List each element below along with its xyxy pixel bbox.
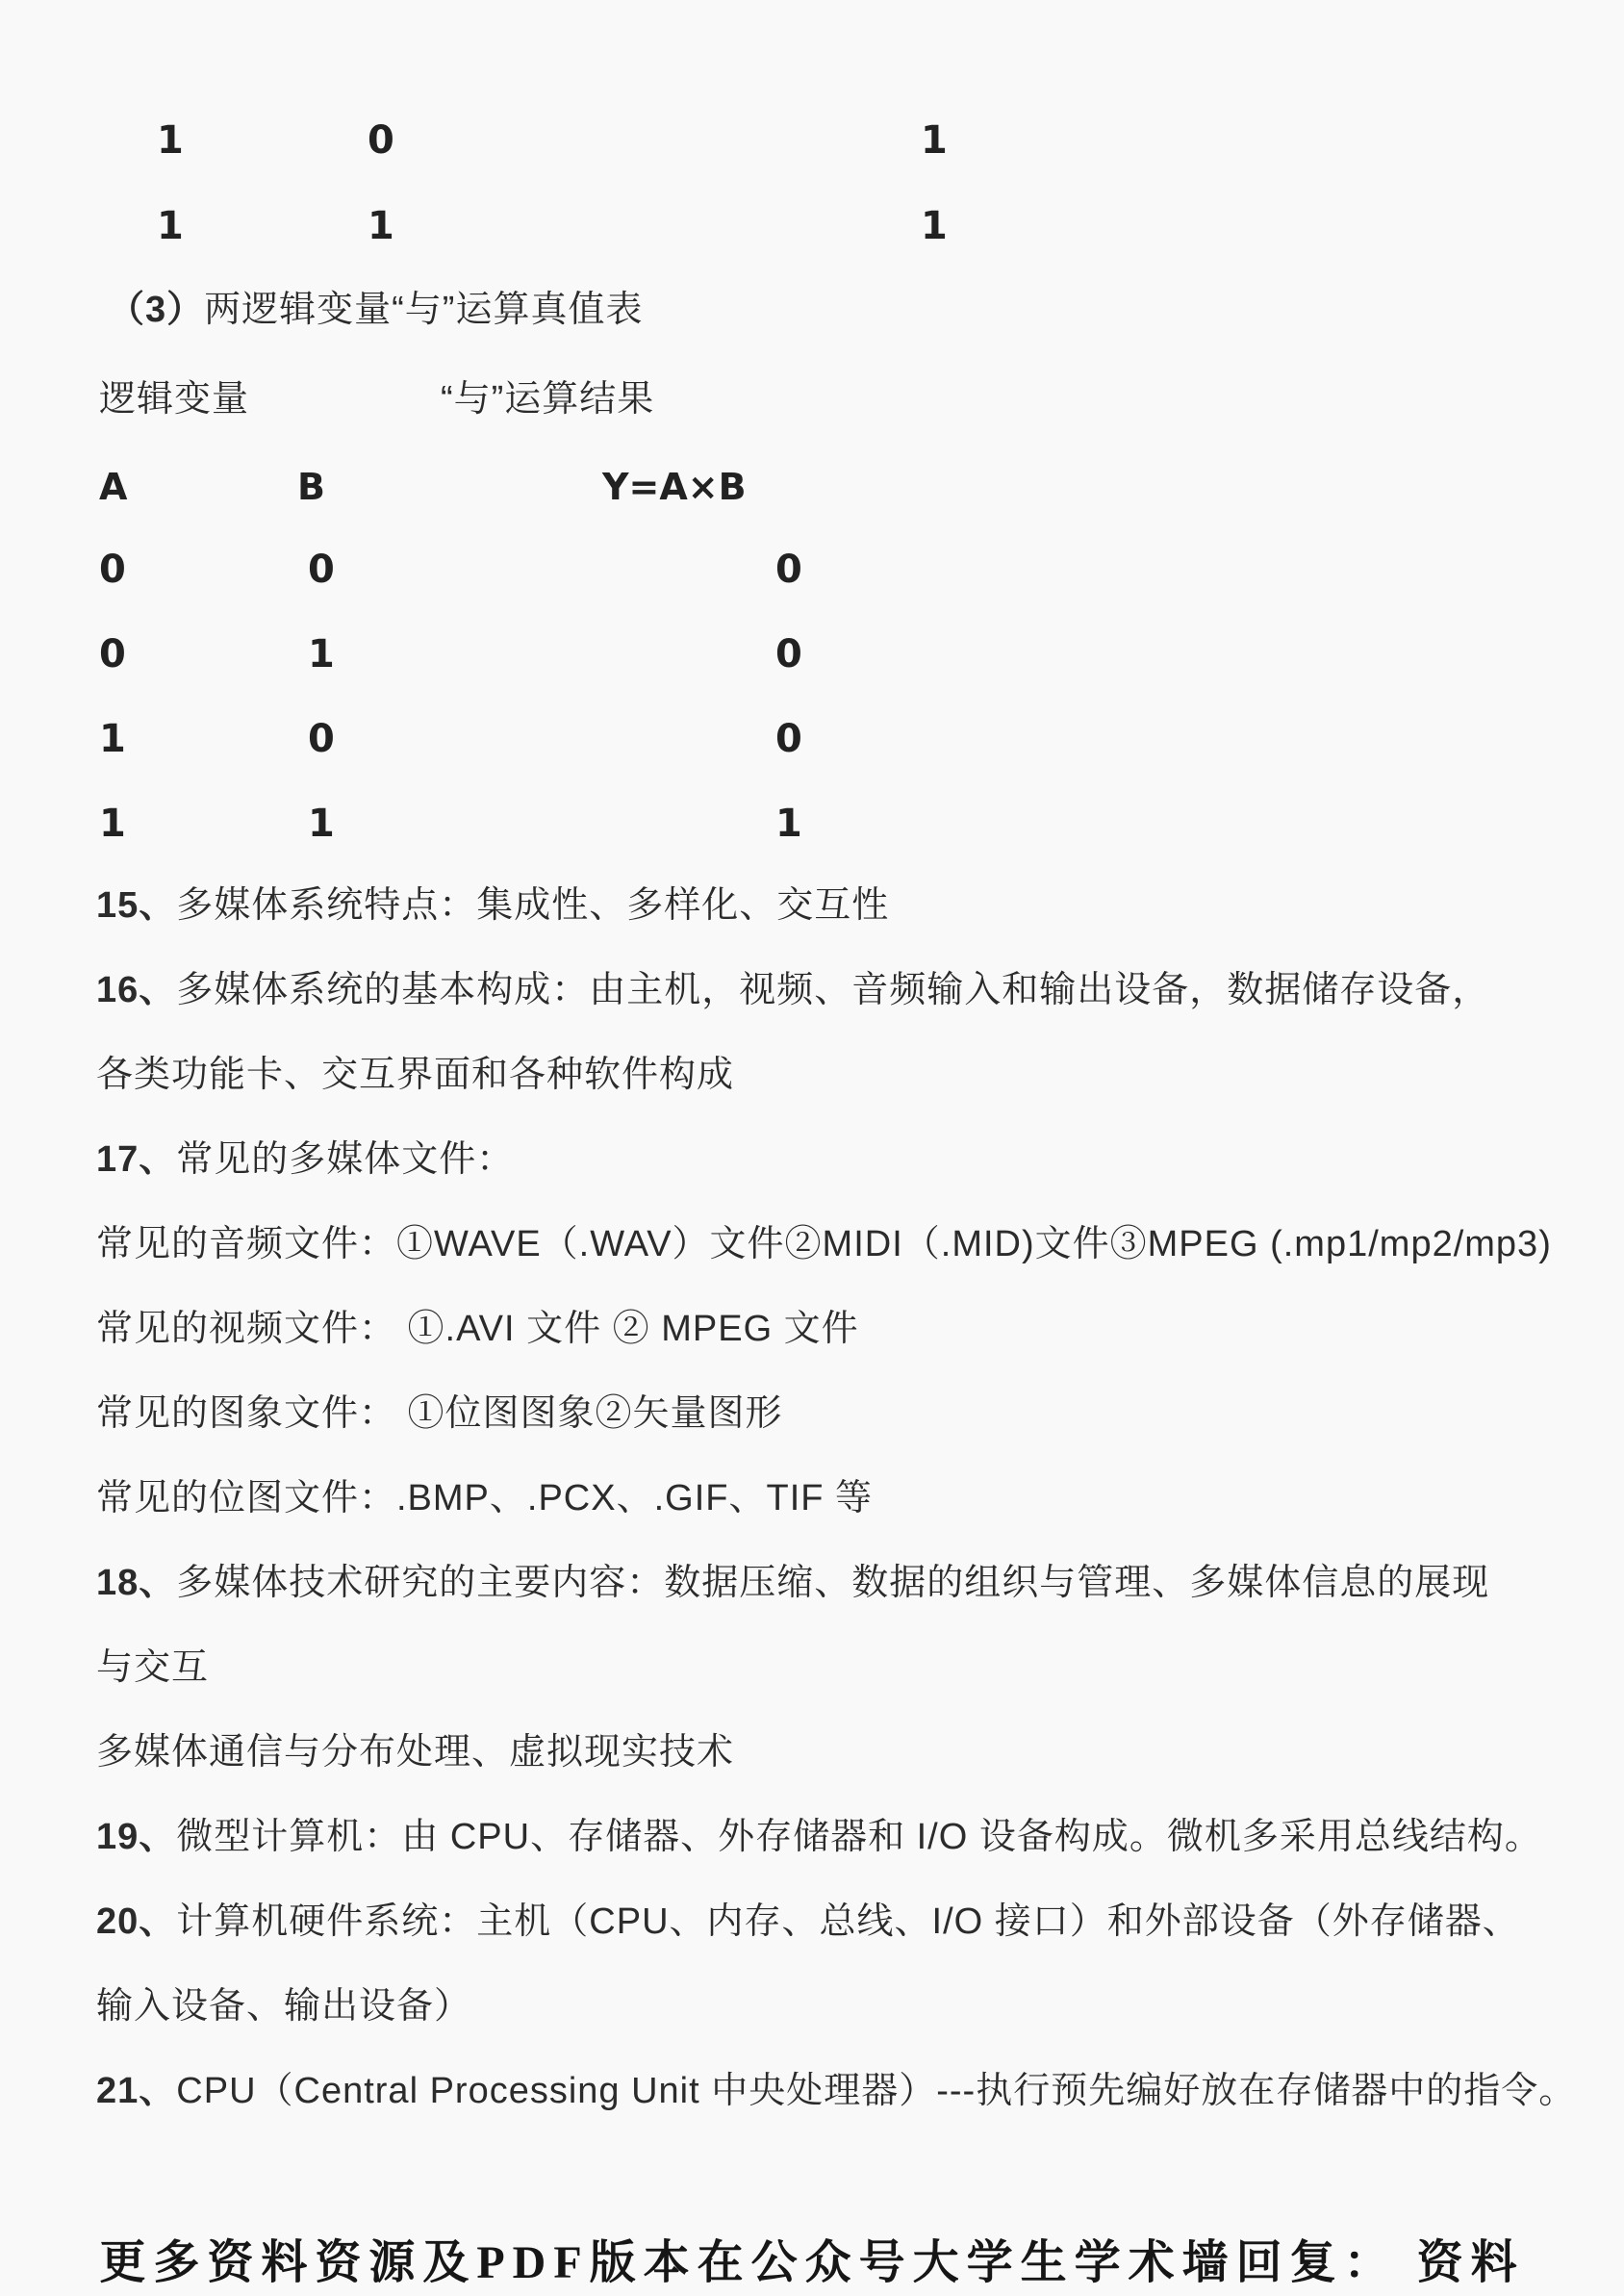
note-line-bitmap-files: 常见的位图文件：.BMP、.PCX、.GIF、TIF 等 (96, 1480, 873, 1517)
and-table-cell: 1 (308, 804, 335, 843)
note-line-20-cont: 输入设备、输出设备） (96, 1988, 471, 2025)
note-number: 18、 (96, 1563, 176, 1603)
col-header-b: B (297, 469, 325, 505)
note-text: 微型计算机：由 CPU、存储器、外存储器和 I/O 设备构成。微机多采用总线结构… (176, 1817, 1542, 1857)
note-line-21: 21、CPU（Central Processing Unit 中央处理器）---… (96, 2073, 1576, 2109)
document-page: 1 0 1 1 1 1 （3）两逻辑变量“与”运算真值表 逻辑变量 “与”运算结… (0, 0, 1624, 2296)
note-line-16-cont: 各类功能卡、交互界面和各种软件构成 (96, 1057, 734, 1093)
note-line-20: 20、计算机硬件系统：主机（CPU、内存、总线、I/O 接口）和外部设备（外存储… (96, 1903, 1520, 1940)
note-text: 常见的位图文件：.BMP、.PCX、.GIF、TIF 等 (96, 1478, 873, 1518)
and-table-cell: 1 (308, 635, 335, 674)
and-table-cell: 0 (775, 550, 802, 589)
note-text: 常见的多媒体文件： (176, 1139, 514, 1180)
and-table-cell: 0 (775, 635, 802, 674)
note-text: 计算机硬件系统：主机（CPU、内存、总线、I/O 接口）和外部设备（外存储器、 (176, 1901, 1519, 1942)
note-line-15: 15、多媒体系统特点：集成性、多样化、交互性 (96, 887, 889, 924)
footer-promo-text: 更多资料资源及PDF版本在公众号大学生学术墙回复： 资料 (0, 2225, 1624, 2291)
note-text: 多媒体技术研究的主要内容：数据压缩、数据的组织与管理、多媒体信息的展现 (176, 1563, 1489, 1603)
and-table-cell: 0 (99, 550, 126, 589)
note-number: 20、 (96, 1901, 176, 1942)
top-table-cell: 1 (921, 121, 948, 160)
note-text: CPU（Central Processing Unit 中央处理器）---执行预… (176, 2071, 1576, 2111)
col-header-a: A (99, 469, 127, 505)
group-header-result: “与”运算结果 (441, 381, 654, 418)
and-table-cell: 0 (775, 720, 802, 758)
and-table-cell: 1 (99, 720, 126, 758)
group-header-variables: 逻辑变量 (99, 381, 249, 418)
note-text: 常见的音频文件：①WAVE（.WAV）文件②MIDI（.MID)文件③MPEG … (96, 1224, 1552, 1264)
and-table-cell: 0 (308, 550, 335, 589)
and-table-cell: 1 (775, 804, 802, 843)
note-text: 常见的图象文件： ①位图图象②矢量图形 (96, 1393, 783, 1434)
note-text: 输入设备、输出设备） (96, 1986, 471, 2027)
top-table-cell: 1 (157, 121, 184, 160)
note-line-18-cont: 与交互 (96, 1649, 209, 1686)
note-number: 19、 (96, 1817, 176, 1857)
section-number: （3） (108, 290, 204, 330)
col-header-y: Y=A×B (602, 469, 747, 505)
top-table-cell: 1 (368, 207, 394, 245)
section-heading-text: 两逻辑变量“与”运算真值表 (204, 290, 643, 330)
note-text: 与交互 (96, 1647, 209, 1688)
top-table-cell: 0 (368, 121, 394, 160)
note-number: 15、 (96, 885, 176, 926)
and-table-cell: 0 (99, 635, 126, 674)
section-heading: （3）两逻辑变量“与”运算真值表 (108, 292, 643, 328)
note-text: 多媒体系统的基本构成：由主机，视频、音频输入和输出设备，数据储存设备， (176, 970, 1489, 1010)
note-text: 多媒体通信与分布处理、虚拟现实技术 (96, 1732, 734, 1773)
note-line-17: 17、常见的多媒体文件： (96, 1141, 514, 1178)
note-text: 多媒体系统特点：集成性、多样化、交互性 (176, 885, 889, 926)
and-table-cell: 0 (308, 720, 335, 758)
note-line-16: 16、多媒体系统的基本构成：由主机，视频、音频输入和输出设备，数据储存设备， (96, 972, 1489, 1008)
note-text: 各类功能卡、交互界面和各种软件构成 (96, 1055, 734, 1095)
note-line-image-files: 常见的图象文件： ①位图图象②矢量图形 (96, 1395, 783, 1432)
top-table-cell: 1 (157, 207, 184, 245)
note-line-18-cont2: 多媒体通信与分布处理、虚拟现实技术 (96, 1734, 734, 1771)
and-table-cell: 1 (99, 804, 126, 843)
note-line-audio-files: 常见的音频文件：①WAVE（.WAV）文件②MIDI（.MID)文件③MPEG … (96, 1226, 1552, 1263)
top-table-cell: 1 (921, 207, 948, 245)
note-line-19: 19、微型计算机：由 CPU、存储器、外存储器和 I/O 设备构成。微机多采用总… (96, 1819, 1542, 1855)
note-line-18: 18、多媒体技术研究的主要内容：数据压缩、数据的组织与管理、多媒体信息的展现 (96, 1565, 1489, 1601)
note-number: 21、 (96, 2071, 176, 2111)
note-number: 17、 (96, 1139, 176, 1180)
note-line-video-files: 常见的视频文件： ①.AVI 文件 ② MPEG 文件 (96, 1311, 859, 1347)
note-number: 16、 (96, 970, 176, 1010)
note-text: 常见的视频文件： ①.AVI 文件 ② MPEG 文件 (96, 1309, 859, 1349)
